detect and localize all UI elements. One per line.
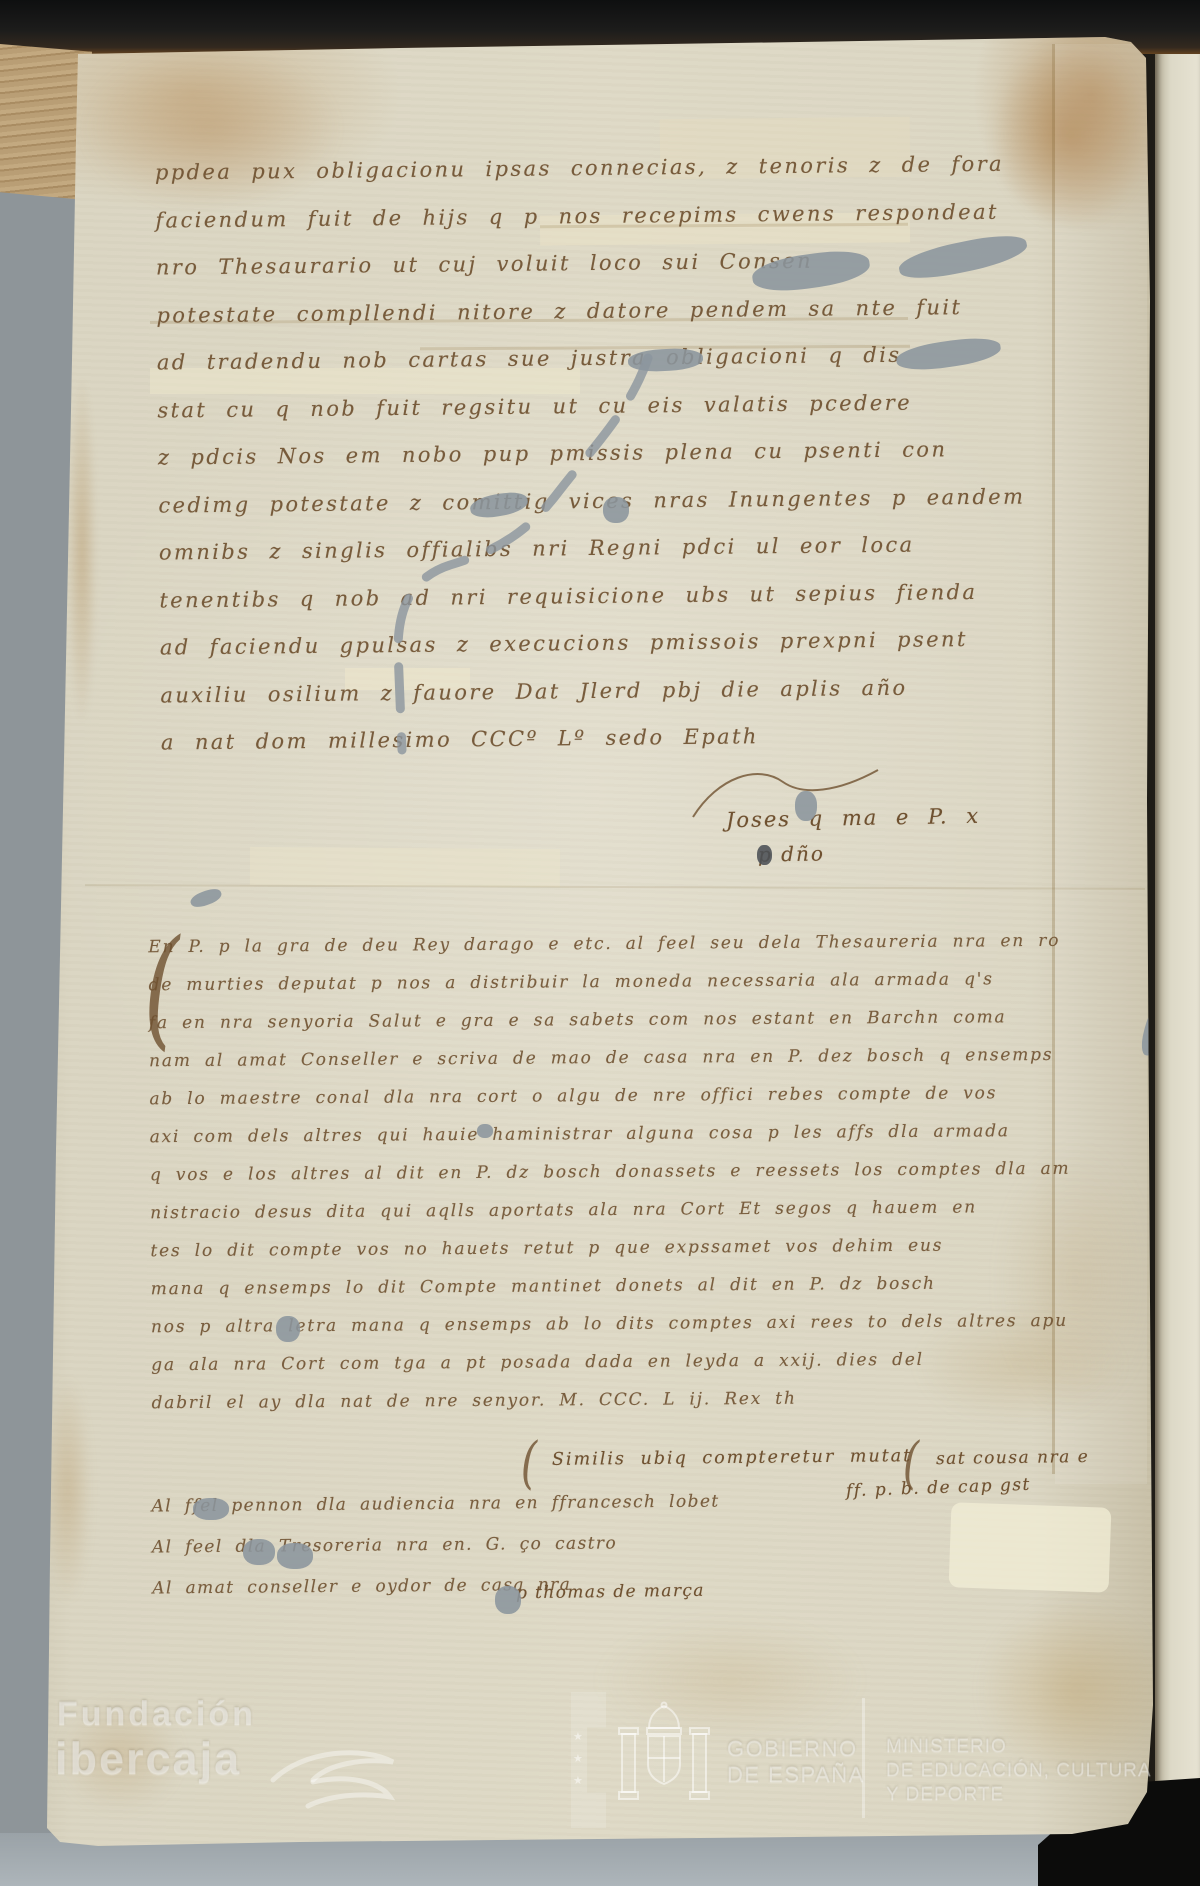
gray-restoration-patch [243, 1539, 275, 1565]
repair-tape [250, 847, 560, 887]
gray-restoration-patch [495, 1586, 521, 1614]
ibercaja-swoosh-icon [268, 1742, 398, 1817]
manuscript-line: tes lo dit compte vos no hauets retut p … [150, 1235, 1071, 1279]
gray-restoration-patch [795, 791, 817, 821]
clause-note: sat cousa nra e [936, 1447, 1090, 1469]
manuscript-line: ab lo maestre conal dla nra cort o algu … [149, 1083, 1070, 1127]
manuscript-line: En P. p la gra de deu Rey darago e etc. … [148, 931, 1069, 975]
stain [980, 1600, 1170, 1780]
ibercaja-text: ibercaja [55, 1733, 241, 1785]
fundacion-text: Fundación [57, 1695, 256, 1734]
address-extra: p thomas de marça [516, 1581, 705, 1604]
gray-restoration-patch [757, 845, 772, 865]
gray-restoration-patch [277, 1543, 313, 1569]
manuscript-line: q vos e los altres al dit en P. dz bosch… [150, 1159, 1071, 1203]
vernacular-text-block: En P. p la gra de deu Rey darago e etc. … [148, 931, 1072, 1431]
manuscript-line: mana q ensemps lo dit Compte mantinet do… [151, 1273, 1072, 1317]
manuscript-line: Al ffel pennon dla audiencia nra en ffra… [151, 1492, 719, 1538]
spain-coat-of-arms-icon [614, 1700, 714, 1810]
clause-paren-open: ( [521, 1436, 537, 1492]
star-icon: ★ [573, 1774, 583, 1787]
page-crease [85, 884, 1145, 890]
gray-restoration-patch [276, 1316, 300, 1342]
gray-restoration-patch [189, 886, 224, 910]
ministerio-text-line1: MINISTERIO [886, 1736, 1007, 1758]
facing-page-edge [1155, 48, 1200, 1790]
star-icon: ★ [573, 1752, 583, 1765]
notarial-signature: Joses q ma e P. x [726, 804, 981, 832]
manuscript-line: axi com dels altres qui hauie haministra… [150, 1121, 1071, 1165]
stain [68, 380, 96, 720]
repair-tape [949, 1502, 1112, 1593]
star-icon: ★ [573, 1730, 583, 1743]
registration-clause: Similis ubiq compteretur mutat [552, 1446, 912, 1470]
manuscript-line: ga ala nra Cort com tga a pt posada dada… [151, 1349, 1072, 1393]
watermark-divider [862, 1698, 865, 1818]
gobierno-text-line2: DE ESPAÑA [727, 1762, 865, 1788]
manuscript-line: de murties deputat p nos a distribuir la… [149, 969, 1070, 1013]
manuscript-line: Al feel dla Tresoreria nra en. G. ço cas… [152, 1533, 720, 1579]
stain [46, 1380, 90, 1600]
manuscript-page: ppdea pux obligacionu ipsas connecias, z… [0, 0, 1200, 1886]
gobierno-text-line1: GOBIERNO [727, 1736, 858, 1762]
manuscript-line: nistracio desus dita qui aqlls aportats … [150, 1197, 1071, 1241]
gray-restoration-patch [477, 1124, 493, 1138]
ministerio-text-line2: DE EDUCACIÓN, CULTURA [886, 1760, 1152, 1782]
ministerio-text-line3: Y DEPORTE [886, 1784, 1004, 1806]
manuscript-line: dabril el ay dla nat de nre senyor. M. C… [151, 1387, 1072, 1431]
gray-restoration-patch [193, 1498, 229, 1520]
scan-background: ppdea pux obligacionu ipsas connecias, z… [0, 0, 1200, 1886]
clause-subnote: ff. p. b. de cap gst [846, 1475, 1031, 1501]
gray-squiggle [380, 350, 670, 760]
manuscript-line: fa en nra senyoria Salut e gra e sa sabe… [149, 1007, 1070, 1051]
manuscript-line: nam al amat Conseller e scriva de mao de… [149, 1045, 1070, 1089]
